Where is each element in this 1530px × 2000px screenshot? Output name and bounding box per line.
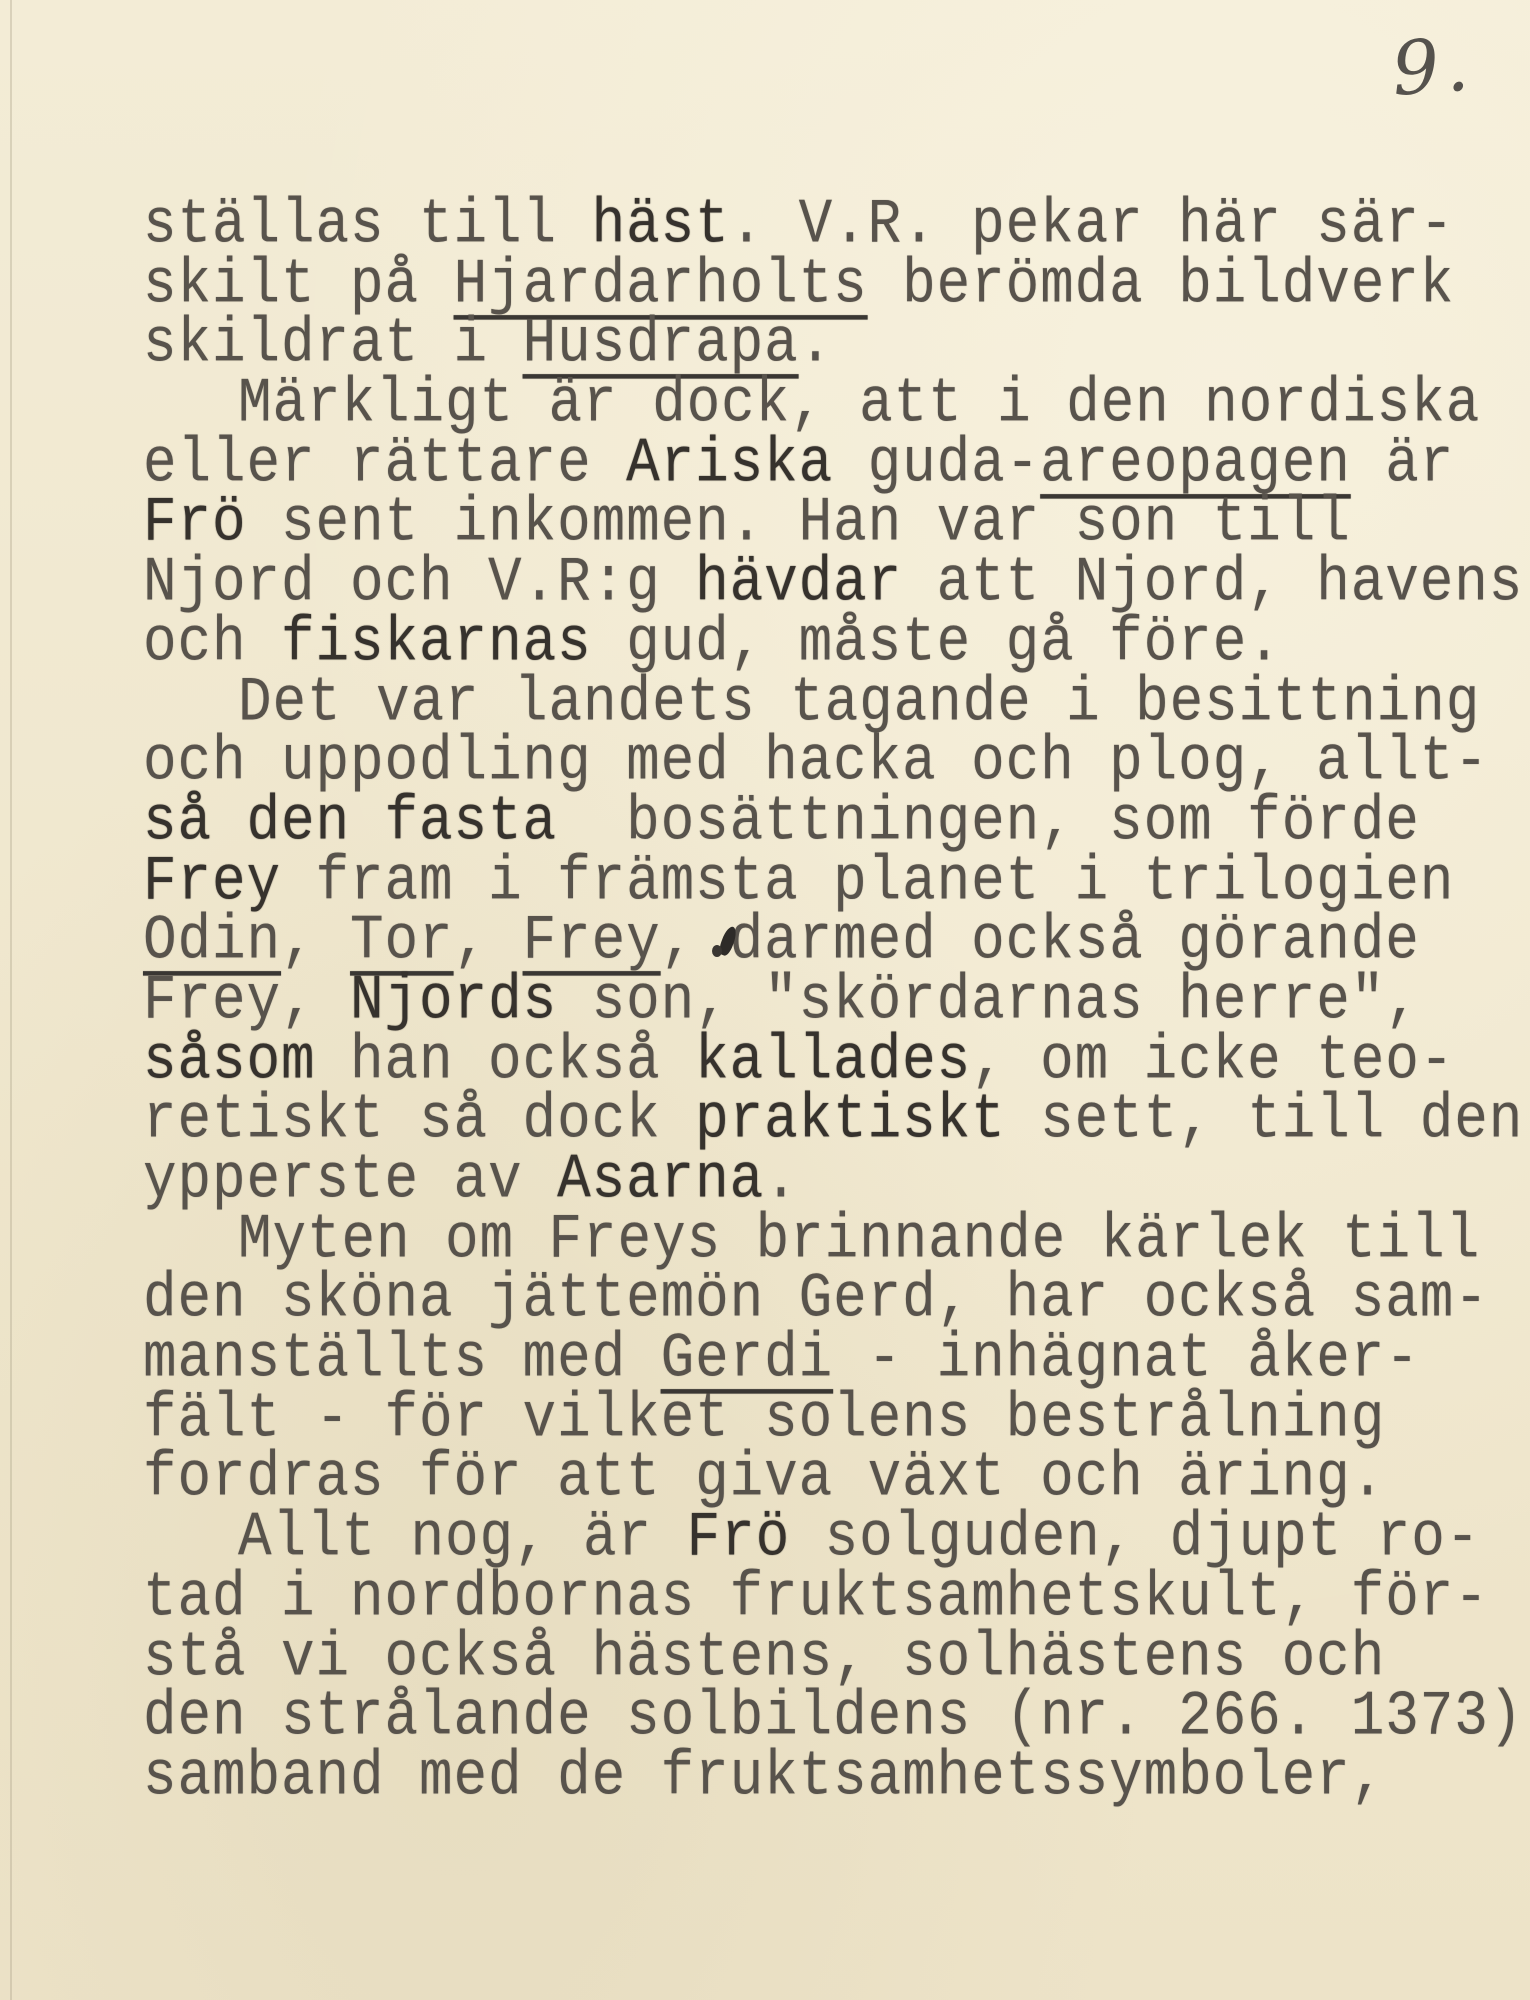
text-segment: samband med de fruktsamhetssymboler,	[143, 1741, 1385, 1813]
paper-edge-line	[10, 0, 12, 2000]
page-number: 9.	[1390, 27, 1478, 107]
text-segment: är	[1351, 428, 1455, 500]
text-segment: sett, till den	[1006, 1084, 1524, 1156]
text-line: samband med de fruktsamhetssymboler,	[143, 1744, 1530, 1811]
typewritten-page: 9. ställas till häst. V.R. pekar här sär…	[0, 0, 1530, 2000]
text-segment: berömda bildverk	[868, 249, 1455, 321]
ink-correction-dot	[712, 945, 722, 957]
body-text: ställas till häst. V.R. pekar här sär-sk…	[143, 196, 1530, 1808]
